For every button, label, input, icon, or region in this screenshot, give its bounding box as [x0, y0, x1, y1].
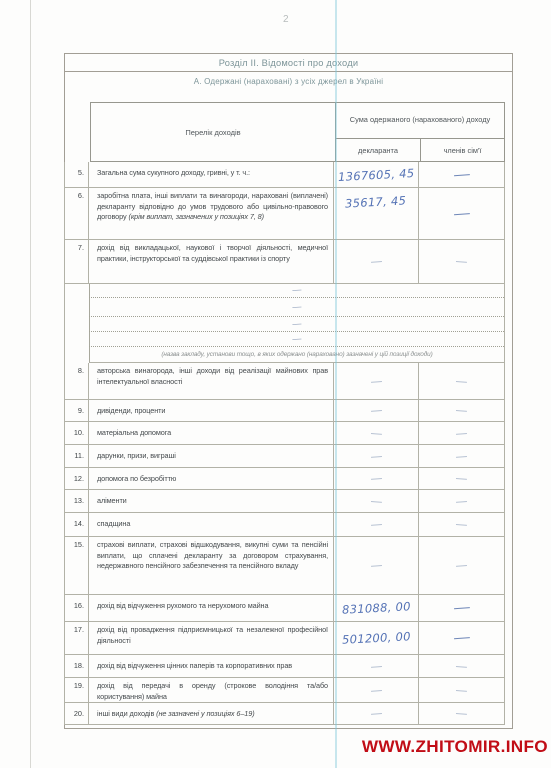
row-description-italic: (не зазначені у позиціях 6–19)	[156, 709, 254, 718]
row-description: інші види доходів (не зазначені у позиці…	[89, 703, 334, 724]
pen-dash-mark: —	[455, 659, 468, 673]
declarant-amount: —	[334, 400, 419, 421]
table-row-19: 19. дохід від передачі в оренду (строков…	[65, 678, 504, 703]
declarant-amount: —	[334, 445, 419, 467]
row-description: аліменти	[89, 490, 334, 512]
pen-dash-mark: —	[455, 494, 468, 508]
declarant-amount: —	[334, 363, 419, 399]
row-description-text: авторська винагорода, інші доходи від ре…	[97, 366, 328, 386]
pen-dash-mark: —	[370, 707, 383, 721]
row-description-text: Загальна сума сукупного доходу, гривні, …	[97, 168, 250, 177]
family-amount: —	[419, 622, 504, 654]
row-description-text: матеріальна допомога	[97, 428, 171, 437]
family-amount: —	[419, 468, 504, 489]
family-amount: —	[419, 655, 504, 677]
table-header: Перелік доходів Сума одержаного (нарахов…	[90, 102, 505, 162]
table-row-18: 18. дохід від відчуження цінних паперів …	[65, 655, 504, 678]
watermark: WWW.ZHITOMIR.INFO	[362, 738, 548, 757]
declarant-amount: —	[334, 422, 419, 444]
row-number: 9.	[65, 400, 89, 421]
row-description-text: дохід від викладацької, наукової і творч…	[97, 243, 328, 263]
pen-dash-mark: —	[292, 318, 303, 330]
pen-dash-mark: —	[292, 301, 303, 313]
declarant-amount: —	[334, 703, 419, 724]
table-row-8: 8. авторська винагорода, інші доходи від…	[65, 363, 504, 400]
row-description-text: інші види доходів	[97, 709, 156, 718]
family-amount: —	[419, 537, 504, 594]
row-number: 19.	[65, 678, 89, 702]
family-amount: —	[419, 422, 504, 444]
column-header-amount: Сума одержаного (нарахованого) доходу	[336, 103, 504, 138]
row-description: заробітна плата, інші виплати та винагор…	[89, 188, 334, 239]
declarant-amount: 831088, 00	[334, 595, 419, 621]
table-row-5: 5. Загальна сума сукупного доходу, гривн…	[65, 162, 504, 188]
column-header-income-list: Перелік доходів	[91, 103, 336, 161]
row-description: дохід від викладацької, наукової і творч…	[89, 240, 334, 283]
handwritten-value: 501200, 00	[341, 629, 410, 647]
row-description-italic: (крім виплат, зазначених у позиціях 7, 8…	[128, 212, 263, 221]
row-number: 18.	[65, 655, 89, 677]
paper-edge-line	[30, 0, 31, 768]
pen-dash-mark: —	[370, 404, 383, 418]
declarant-amount: —	[334, 513, 419, 536]
table-row-15: 15. страхові виплати, страхові відшкодув…	[65, 537, 504, 595]
family-amount: —	[419, 445, 504, 467]
row-description: Загальна сума сукупного доходу, гривні, …	[89, 162, 334, 187]
handwritten-value: 1367605, 45	[337, 166, 414, 184]
row-description-text: допомога по безробіттю	[97, 474, 176, 483]
table-row-9: 9. дивіденди, проценти — —	[65, 400, 504, 422]
handwritten-value: 35617, 45	[345, 193, 407, 210]
table-row-14: 14. спадщина — —	[65, 513, 504, 537]
row-description: дивіденди, проценти	[89, 400, 334, 421]
pen-dash-mark: —	[370, 659, 383, 673]
pen-dash-mark: —	[455, 374, 468, 388]
org-note-row: (назва закладу, установи тощо, в яких од…	[89, 347, 504, 363]
row-description-text: дохід від провадження підприємницької та…	[97, 625, 328, 645]
row-number: 7.	[65, 240, 89, 283]
family-amount: —	[419, 595, 504, 621]
row-description-text: дохід від відчуження цінних паперів та к…	[97, 661, 292, 670]
pen-dash-mark: —	[455, 472, 468, 486]
pen-dash-mark: —	[370, 683, 383, 697]
row-description: спадщина	[89, 513, 334, 536]
table-row-10: 10. матеріальна допомога — —	[65, 422, 504, 445]
row-description: матеріальна допомога	[89, 422, 334, 444]
family-amount: —	[419, 363, 504, 399]
blank-line-row: —	[89, 298, 504, 317]
table-row-13: 13. аліменти — —	[65, 490, 504, 513]
column-header-amount-group: Сума одержаного (нарахованого) доходу де…	[336, 103, 504, 161]
pen-dash-mark: —	[455, 683, 468, 697]
row-number: 12.	[65, 468, 89, 489]
pen-dash-mark: —	[455, 449, 468, 463]
family-amount: —	[419, 513, 504, 536]
row-description: дарунки, призи, виграші	[89, 445, 334, 467]
row-description-text: дохід від передачі в оренду (строкове во…	[97, 681, 328, 701]
table-row-17: 17. дохід від провадження підприємницько…	[65, 622, 504, 655]
row-number: 15.	[65, 537, 89, 594]
row-description: дохід від відчуження цінних паперів та к…	[89, 655, 334, 677]
row-description-text: дохід від відчуження рухомого та нерухом…	[97, 601, 268, 610]
pen-dash-mark: —	[370, 472, 383, 486]
table-row-6: 6. заробітна плата, інші виплати та вина…	[65, 188, 504, 240]
declarant-amount: 35617, 45	[334, 188, 419, 239]
pen-dash-mark: —	[452, 205, 471, 222]
row-number: 5.	[65, 162, 89, 187]
family-amount: —	[419, 490, 504, 512]
declarant-amount: —	[334, 468, 419, 489]
family-amount: —	[419, 678, 504, 702]
declarant-amount: —	[334, 240, 419, 283]
row-description: дохід від передачі в оренду (строкове во…	[89, 678, 334, 702]
row-description: страхові виплати, страхові відшкодування…	[89, 537, 334, 594]
pen-dash-mark: —	[370, 374, 383, 388]
row-number: 14.	[65, 513, 89, 536]
row-description: допомога по безробіттю	[89, 468, 334, 489]
row-description: дохід від відчуження рухомого та нерухом…	[89, 595, 334, 621]
declarant-amount: —	[334, 537, 419, 594]
pen-dash-mark: —	[370, 255, 383, 269]
row-number: 20.	[65, 703, 89, 724]
row-number: 6.	[65, 188, 89, 239]
row-number: 8.	[65, 363, 89, 399]
row-description-text: дарунки, призи, виграші	[97, 451, 176, 460]
section-title-row: Розділ ІІ. Відомості про доходи	[65, 54, 512, 72]
column-header-family: членів сім'ї	[421, 139, 504, 161]
table-row-20: 20. інші види доходів (не зазначені у по…	[65, 703, 504, 725]
income-table: 5. Загальна сума сукупного доходу, гривн…	[64, 162, 505, 725]
scanner-streak-line	[335, 0, 337, 768]
family-amount: —	[419, 240, 504, 283]
blank-line-row: —	[89, 317, 504, 332]
row-number: 10.	[65, 422, 89, 444]
column-header-declarant: декларанта	[336, 139, 421, 161]
family-amount: —	[419, 162, 504, 187]
pen-dash-mark: —	[452, 166, 471, 183]
table-row-12: 12. допомога по безробіттю — —	[65, 468, 504, 490]
scanned-declaration-page: 2 Розділ ІІ. Відомості про доходи А. Оде…	[0, 0, 551, 768]
page-number: 2	[283, 14, 289, 25]
declarant-amount: 1367605, 45	[334, 162, 419, 187]
pen-dash-mark: —	[452, 599, 471, 616]
table-row-7: 7. дохід від викладацької, наукової і тв…	[65, 240, 504, 284]
row-number: 13.	[65, 490, 89, 512]
pen-dash-mark: —	[455, 707, 468, 721]
pen-dash-mark: —	[455, 255, 468, 269]
table-row-11: 11. дарунки, призи, виграші — —	[65, 445, 504, 468]
declarant-amount: 501200, 00	[334, 622, 419, 654]
declarant-amount: —	[334, 655, 419, 677]
column-header-subrow: декларанта членів сім'ї	[336, 138, 504, 161]
pen-dash-mark: —	[370, 559, 383, 573]
row-description-text: спадщина	[97, 519, 130, 528]
subsection-title: А. Одержані (нараховані) з усіх джерел в…	[65, 77, 512, 86]
declarant-amount: —	[334, 490, 419, 512]
pen-dash-mark: —	[370, 426, 383, 440]
row-description: авторська винагорода, інші доходи від ре…	[89, 363, 334, 399]
pen-dash-mark: —	[455, 559, 468, 573]
family-amount: —	[419, 703, 504, 724]
pen-dash-mark: —	[370, 494, 383, 508]
pen-dash-mark: —	[292, 333, 303, 345]
section-title: Розділ ІІ. Відомості про доходи	[219, 58, 359, 68]
pen-dash-mark: —	[370, 449, 383, 463]
org-note-text: (назва закладу, установи тощо, в яких од…	[161, 351, 432, 358]
blank-line-row: —	[89, 284, 504, 298]
family-amount: —	[419, 400, 504, 421]
row-description-text: дивіденди, проценти	[97, 406, 165, 415]
family-amount: —	[419, 188, 504, 239]
row-number: 16.	[65, 595, 89, 621]
handwritten-value: 831088, 00	[341, 599, 410, 617]
row-number: 17.	[65, 622, 89, 654]
pen-dash-mark: —	[455, 404, 468, 418]
row-description-text: аліменти	[97, 496, 127, 505]
row-description: дохід від провадження підприємницької та…	[89, 622, 334, 654]
table-row-16: 16. дохід від відчуження рухомого та нер…	[65, 595, 504, 622]
pen-dash-mark: —	[370, 518, 383, 532]
pen-dash-mark: —	[292, 285, 303, 297]
pen-dash-mark: —	[455, 426, 468, 440]
blank-line-row: —	[89, 332, 504, 347]
pen-dash-mark: —	[452, 629, 471, 646]
row-description-text: страхові виплати, страхові відшкодування…	[97, 540, 328, 570]
declarant-amount: —	[334, 678, 419, 702]
row-number: 11.	[65, 445, 89, 467]
pen-dash-mark: —	[455, 518, 468, 532]
